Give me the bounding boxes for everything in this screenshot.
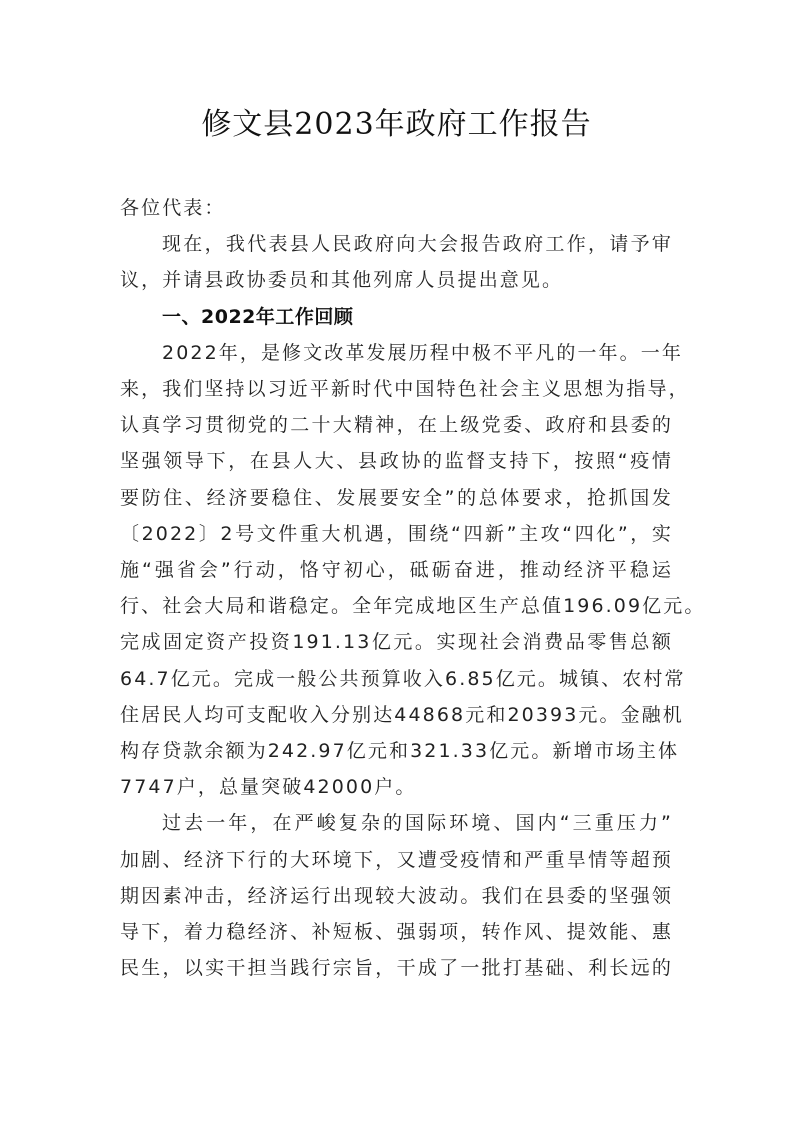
paragraph-line: 认真学习贯彻党的二十大精神，在上级党委、政府和县委的 bbox=[120, 407, 673, 443]
paragraph-line: 期因素冲击，经济运行出现较大波动。我们在县委的坚强领 bbox=[120, 878, 673, 914]
paragraph-line: 〔2022〕2号文件重大机遇，围绕“四新”主攻“四化”，实 bbox=[120, 516, 673, 552]
paragraph-line: 加剧、经济下行的大环境下，又遭受疫情和严重旱情等超预 bbox=[120, 842, 673, 878]
paragraph-line: 完成固定资产投资191.13亿元。实现社会消费品零售总额 bbox=[120, 624, 673, 660]
salutation-text: 各位代表： bbox=[120, 190, 673, 226]
paragraph-line: 民生，以实干担当践行宗旨，干成了一批打基础、利长远的 bbox=[120, 950, 673, 986]
paragraph-line: 7747户，总量突破42000户。 bbox=[120, 769, 673, 805]
paragraph-past-year: 过去一年，在严峻复杂的国际环境、国内“三重压力” 加剧、经济下行的大环境下，又遭… bbox=[120, 805, 673, 986]
document-body: 各位代表： 现在，我代表县人民政府向大会报告政府工作，请予审 议，并请县政协委员… bbox=[120, 190, 673, 986]
paragraph-line: 构存贷款余额为242.97亿元和321.33亿元。新增市场主体 bbox=[120, 733, 673, 769]
section-heading: 一、2022年工作回顾 bbox=[120, 299, 673, 335]
salutation: 各位代表： bbox=[120, 190, 673, 226]
document-title: 修文县2023年政府工作报告 bbox=[0, 104, 793, 146]
paragraph-line: 来，我们坚持以习近平新时代中国特色社会主义思想为指导， bbox=[120, 371, 673, 407]
paragraph-line: 要防住、经济要稳住、发展要安全”的总体要求，抢抓国发 bbox=[120, 480, 673, 516]
paragraph-line: 住居民人均可支配收入分别达44868元和20393元。金融机 bbox=[120, 697, 673, 733]
intro-paragraph: 现在，我代表县人民政府向大会报告政府工作，请予审 议，并请县政协委员和其他列席人… bbox=[120, 226, 673, 298]
paragraph-line: 坚强领导下，在县人大、县政协的监督支持下，按照“疫情 bbox=[120, 443, 673, 479]
paragraph-line: 2022年，是修文改革发展历程中极不平凡的一年。一年 bbox=[120, 335, 673, 371]
intro-line: 现在，我代表县人民政府向大会报告政府工作，请予审 bbox=[120, 226, 673, 262]
paragraph-line: 64.7亿元。完成一般公共预算收入6.85亿元。城镇、农村常 bbox=[120, 661, 673, 697]
intro-line: 议，并请县政协委员和其他列席人员提出意见。 bbox=[120, 262, 673, 298]
paragraph-line: 导下，着力稳经济、补短板、强弱项，转作风、提效能、惠 bbox=[120, 914, 673, 950]
paragraph-2022-review: 2022年，是修文改革发展历程中极不平凡的一年。一年 来，我们坚持以习近平新时代… bbox=[120, 335, 673, 806]
section-heading-text: 一、2022年工作回顾 bbox=[120, 299, 673, 335]
document-page: 修文县2023年政府工作报告 各位代表： 现在，我代表县人民政府向大会报告政府工… bbox=[0, 0, 793, 1122]
paragraph-line: 行、社会大局和谐稳定。全年完成地区生产总值196.09亿元。 bbox=[120, 588, 673, 624]
paragraph-line: 施“强省会”行动，恪守初心，砥砺奋进，推动经济平稳运 bbox=[120, 552, 673, 588]
paragraph-line: 过去一年，在严峻复杂的国际环境、国内“三重压力” bbox=[120, 805, 673, 841]
